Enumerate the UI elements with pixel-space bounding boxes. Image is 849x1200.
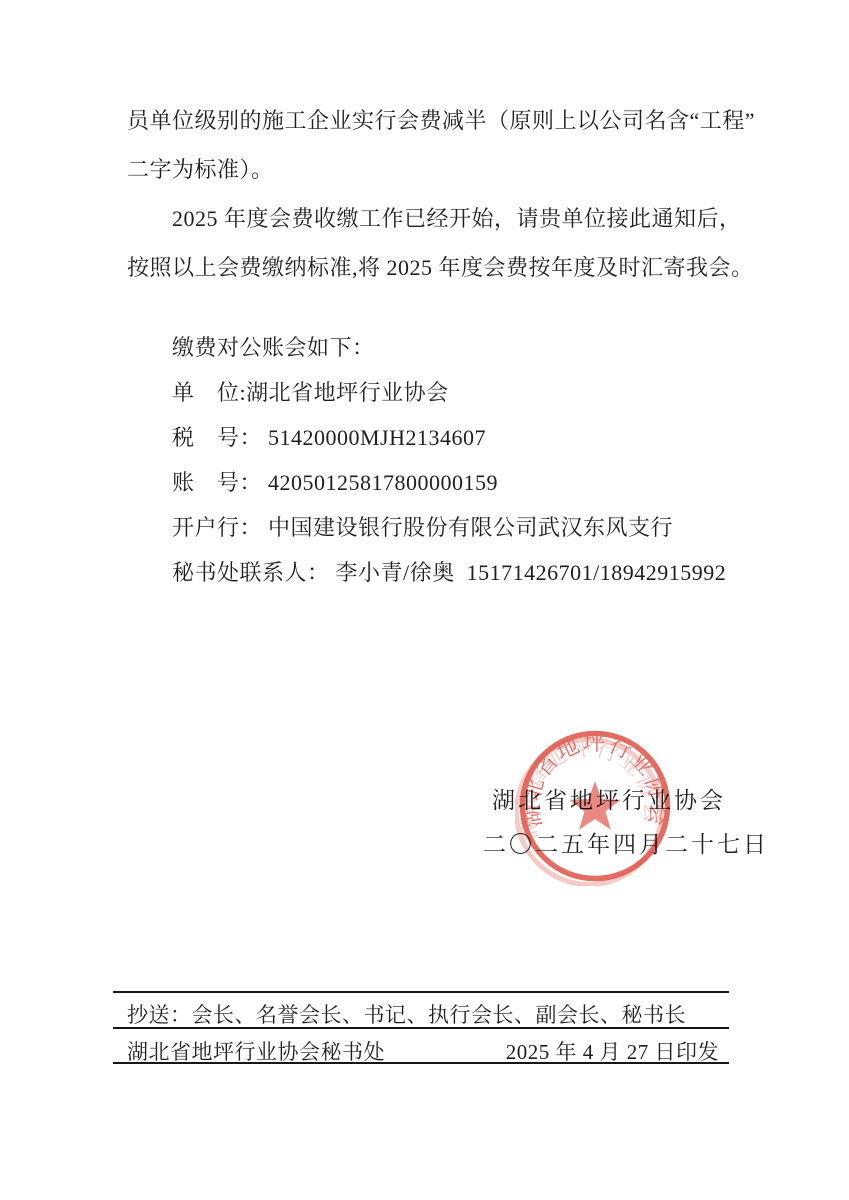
notice-document-page: 员单位级别的施工企业实行会费减半（原则上以公司名含“工程” 二字为标准）。 20…: [0, 0, 849, 1200]
footer-top-rule: [113, 991, 729, 993]
body-paragraph1-line2: 二字为标准）。: [127, 157, 274, 183]
star-icon: [569, 781, 620, 830]
payment-unit: 单 位:湖北省地坪行业协会: [172, 380, 449, 406]
body-paragraph2-line1: 2025 年度会费收缴工作已经开始，请贵单位接此通知后，: [172, 206, 742, 232]
footer-bottom-rule: [113, 1062, 729, 1064]
footer-middle-rule: [113, 1027, 729, 1029]
payment-bank: 开户行： 中国建设银行股份有限公司武汉东风支行: [172, 515, 673, 541]
payment-contact: 秘书处联系人： 李小青/徐奥 15171426701/18942915992: [172, 560, 726, 586]
seal-graphic: 湖北省地坪行业协会 湖北省地坪行业协会: [515, 726, 675, 886]
payment-tax-number: 税 号： 51420000MJH2134607: [172, 425, 486, 451]
payment-intro: 缴费对公账会如下：: [172, 335, 375, 361]
official-seal-stamp: 湖北省地坪行业协会 湖北省地坪行业协会: [515, 726, 675, 886]
body-paragraph2-line2: 按照以上会费缴纳标准,将 2025 年度会费按年度及时汇寄我会。: [127, 255, 754, 281]
body-paragraph1-line1: 员单位级别的施工企业实行会费减半（原则上以公司名含“工程”: [127, 108, 755, 134]
payment-account-number: 账 号： 42050125817800000159: [172, 470, 498, 496]
footer-cc-line: 抄送：会长、名誉会长、书记、执行会长、副会长、秘书长: [113, 999, 686, 1029]
